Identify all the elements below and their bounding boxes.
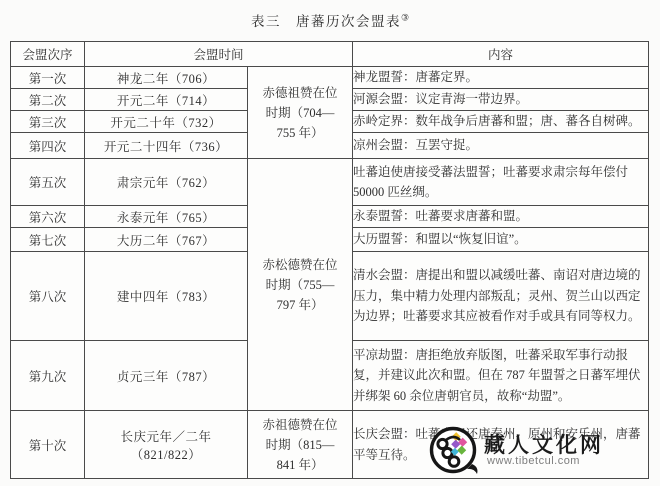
order-cell: 第三次 [11,111,85,133]
content-cell: 赤岭定界：数年战争后唐蕃和盟；唐、蕃各自树碑。 [353,111,649,133]
footnote-marker: ③ [401,13,409,23]
order-cell: 第四次 [11,133,85,159]
time-cell: 贞元三年（787） [85,341,248,411]
content-cell: 吐蕃迫使唐接受蕃法盟誓；吐蕃要求肃宗每年偿付 50000 匹丝绸。 [353,159,649,206]
header-content: 内容 [353,42,649,67]
reign-line: 时期（755— [248,275,352,295]
time-cell: 神龙二年（706） [85,67,248,89]
content-cell: 清水会盟：唐提出和盟以减缓吐蕃、南诏对唐边境的压力，集中精力处理内部叛乱；灵州、… [353,252,649,341]
tibetcul-knot-logo-icon [427,423,481,477]
table-row: 第一次 神龙二年（706） 赤德祖赞在位 时期（704— 755 年） 神龙盟誓… [11,67,649,89]
content-cell: 永泰盟誓：吐蕃要求唐蕃和盟。 [353,206,649,228]
time-cell: 大历二年（767） [85,228,248,252]
order-cell: 第九次 [11,341,85,411]
time-cell: 开元二年（714） [85,89,248,111]
time-cell: 永泰元年（765） [85,206,248,228]
order-cell: 第五次 [11,159,85,206]
reign-line: 841 年） [248,455,352,475]
table-row: 第五次 肃宗元年（762） 赤松德赞在位 时期（755— 797 年） 吐蕃迫使… [11,159,649,206]
time-cell: 开元二十四年（736） [85,133,248,159]
header-order: 会盟次序 [11,42,85,67]
watermark: 藏人文化网 www.tibetcul.com [427,422,622,482]
reign-line: 赤德祖赞在位 [248,83,352,103]
table-caption: 表三 唐蕃历次会盟表 [251,14,401,29]
watermark-site-url: www.tibetcul.com [487,455,580,467]
header-time: 会盟时间 [85,42,353,67]
reign-line: 797 年） [248,295,352,315]
time-line: （821/822） [85,445,247,463]
reign-line: 赤祖德赞在位 [248,415,352,435]
time-cell: 建中四年（783） [85,252,248,341]
order-cell: 第十次 [11,411,85,479]
header-row: 会盟次序 会盟时间 内容 [11,42,649,67]
reign-cell: 赤松德赞在位 时期（755— 797 年） [248,159,353,411]
reign-line: 赤松德赞在位 [248,255,352,275]
order-cell: 第一次 [11,67,85,89]
content-cell: 大历盟誓：和盟以“恢复旧谊”。 [353,228,649,252]
content-cell: 凉州会盟：互罢守捉。 [353,133,649,159]
reign-line: 时期（815— [248,435,352,455]
reign-line: 755 年） [248,123,352,143]
reign-cell: 赤德祖赞在位 时期（704— 755 年） [248,67,353,159]
page-title: 表三 唐蕃历次会盟表③ [0,0,660,30]
content-cell: 平凉劫盟：唐拒绝放弃版图，吐蕃采取军事行动报复，并建议此次和盟。但在 787 年… [353,341,649,411]
order-cell: 第八次 [11,252,85,341]
time-cell: 开元二十年（732） [85,111,248,133]
content-cell: 河源会盟：议定青海一带边界。 [353,89,649,111]
alliance-table: 会盟次序 会盟时间 内容 第一次 神龙二年（706） 赤德祖赞在位 时期（704… [10,41,649,479]
time-cell: 肃宗元年（762） [85,159,248,206]
reign-line: 时期（704— [248,103,352,123]
order-cell: 第七次 [11,228,85,252]
order-cell: 第二次 [11,89,85,111]
content-cell: 神龙盟誓：唐蕃定界。 [353,67,649,89]
time-cell: 长庆元年／二年 （821/822） [85,411,248,479]
order-cell: 第六次 [11,206,85,228]
reign-cell: 赤祖德赞在位 时期（815— 841 年） [248,411,353,479]
time-line: 长庆元年／二年 [85,427,247,445]
